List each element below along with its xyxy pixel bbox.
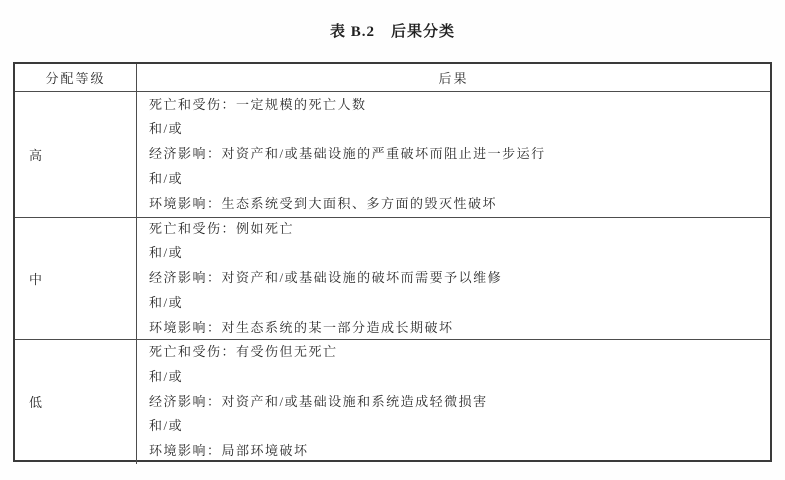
consequence-table: 分配等级 后果 高 死亡和受伤：一定规模的死亡人数 和/或 经济影响：对资产和/… — [13, 62, 772, 462]
consequence-line: 环境影响：生态系统受到大面积、多方面的毁灭性破坏 — [149, 192, 762, 217]
consequence-line: 死亡和受伤：例如死亡 — [149, 217, 762, 242]
consequence-line: 环境影响：对生态系统的某一部分造成长期破坏 — [149, 316, 762, 341]
level-cell-low: 低 — [15, 340, 137, 464]
consequence-line: 经济影响：对资产和/或基础设施的严重破坏而阻止进一步运行 — [149, 142, 762, 167]
consequence-line: 和/或 — [149, 167, 762, 192]
header-cell-level: 分配等级 — [15, 64, 137, 92]
consequence-line: 和/或 — [149, 291, 762, 316]
consequence-cell-high: 死亡和受伤：一定规模的死亡人数 和/或 经济影响：对资产和/或基础设施的严重破坏… — [137, 92, 770, 218]
consequence-line: 经济影响：对资产和/或基础设施和系统造成轻微损害 — [149, 390, 762, 415]
consequence-cell-low: 死亡和受伤：有受伤但无死亡 和/或 经济影响：对资产和/或基础设施和系统造成轻微… — [137, 340, 770, 464]
consequence-cell-medium: 死亡和受伤：例如死亡 和/或 经济影响：对资产和/或基础设施的破坏而需要予以维修… — [137, 218, 770, 340]
consequence-line: 和/或 — [149, 241, 762, 266]
consequence-line: 经济影响：对资产和/或基础设施的破坏而需要予以维修 — [149, 266, 762, 291]
consequence-line: 和/或 — [149, 414, 762, 439]
consequence-line: 和/或 — [149, 365, 762, 390]
consequence-line: 环境影响：局部环境破坏 — [149, 439, 762, 464]
table-caption: 表 B.2 后果分类 — [0, 20, 785, 41]
document-page: 表 B.2 后果分类 分配等级 后果 高 死亡和受伤：一定规模的死亡人数 和/或… — [0, 0, 785, 480]
level-cell-medium: 中 — [15, 218, 137, 340]
consequence-line: 死亡和受伤：一定规模的死亡人数 — [149, 93, 762, 118]
level-cell-high: 高 — [15, 92, 137, 218]
consequence-line: 和/或 — [149, 117, 762, 142]
consequence-line: 死亡和受伤：有受伤但无死亡 — [149, 340, 762, 365]
header-cell-consequence: 后果 — [137, 64, 770, 92]
